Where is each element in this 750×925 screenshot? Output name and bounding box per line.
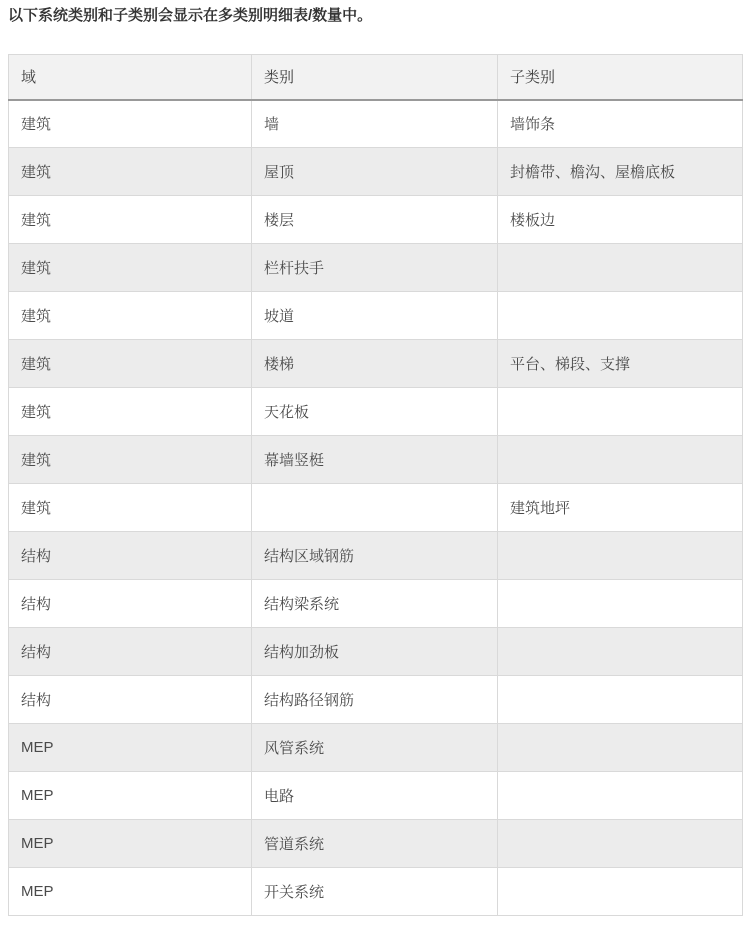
domain-cell: 结构 — [9, 676, 252, 724]
intro-text: 以下系统类别和子类别会显示在多类别明细表/数量中。 — [8, 7, 742, 25]
category-cell: 栏杆扶手 — [252, 244, 498, 292]
subcategory-cell: 楼板边 — [498, 196, 743, 244]
table-row: 建筑楼梯平台、梯段、支撑 — [9, 340, 743, 388]
domain-cell: MEP — [9, 868, 252, 916]
domain-cell: 建筑 — [9, 436, 252, 484]
table-row: 建筑天花板 — [9, 388, 743, 436]
domain-cell: 建筑 — [9, 388, 252, 436]
subcategory-cell — [498, 628, 743, 676]
table-body: 建筑墙墙饰条建筑屋顶封檐带、檐沟、屋檐底板建筑楼层楼板边建筑栏杆扶手建筑坡道建筑… — [9, 100, 743, 916]
subcategory-cell — [498, 292, 743, 340]
domain-cell: MEP — [9, 772, 252, 820]
category-cell: 电路 — [252, 772, 498, 820]
category-cell: 屋顶 — [252, 148, 498, 196]
subcategory-cell — [498, 772, 743, 820]
table-row: 建筑楼层楼板边 — [9, 196, 743, 244]
subcategory-cell — [498, 244, 743, 292]
category-cell: 风管系统 — [252, 724, 498, 772]
domain-cell: 建筑 — [9, 196, 252, 244]
domain-cell: 建筑 — [9, 148, 252, 196]
subcategory-cell — [498, 436, 743, 484]
table-row: 结构结构梁系统 — [9, 580, 743, 628]
subcategory-cell: 平台、梯段、支撑 — [498, 340, 743, 388]
domain-cell: 建筑 — [9, 484, 252, 532]
subcategory-cell — [498, 676, 743, 724]
category-cell: 坡道 — [252, 292, 498, 340]
table-row: 结构结构加劲板 — [9, 628, 743, 676]
table-row: 建筑栏杆扶手 — [9, 244, 743, 292]
table-row: 建筑屋顶封檐带、檐沟、屋檐底板 — [9, 148, 743, 196]
table-row: MEP开关系统 — [9, 868, 743, 916]
subcategory-cell — [498, 532, 743, 580]
category-cell: 天花板 — [252, 388, 498, 436]
category-cell: 楼梯 — [252, 340, 498, 388]
subcategory-cell — [498, 868, 743, 916]
column-header-category: 类别 — [252, 55, 498, 100]
domain-cell: 建筑 — [9, 292, 252, 340]
table-header: 域 类别 子类别 — [9, 55, 743, 100]
subcategory-cell: 建筑地坪 — [498, 484, 743, 532]
column-header-domain: 域 — [9, 55, 252, 100]
domain-cell: 建筑 — [9, 244, 252, 292]
table-row: 结构结构路径钢筋 — [9, 676, 743, 724]
domain-cell: 建筑 — [9, 100, 252, 148]
domain-cell: 建筑 — [9, 340, 252, 388]
category-cell: 开关系统 — [252, 868, 498, 916]
category-cell: 楼层 — [252, 196, 498, 244]
subcategory-cell — [498, 388, 743, 436]
category-cell: 结构加劲板 — [252, 628, 498, 676]
subcategory-cell: 封檐带、檐沟、屋檐底板 — [498, 148, 743, 196]
domain-cell: MEP — [9, 724, 252, 772]
table-row: 建筑建筑地坪 — [9, 484, 743, 532]
table-row: 结构结构区域钢筋 — [9, 532, 743, 580]
subcategory-cell — [498, 820, 743, 868]
category-cell — [252, 484, 498, 532]
table-row: MEP风管系统 — [9, 724, 743, 772]
category-cell: 管道系统 — [252, 820, 498, 868]
category-cell: 结构路径钢筋 — [252, 676, 498, 724]
domain-cell: MEP — [9, 820, 252, 868]
page: 以下系统类别和子类别会显示在多类别明细表/数量中。 域 类别 子类别 建筑墙墙饰… — [0, 0, 750, 925]
domain-cell: 结构 — [9, 628, 252, 676]
table-row: 建筑墙墙饰条 — [9, 100, 743, 148]
subcategory-cell — [498, 580, 743, 628]
table-row: 建筑坡道 — [9, 292, 743, 340]
table-row: 建筑幕墙竖梃 — [9, 436, 743, 484]
category-cell: 幕墙竖梃 — [252, 436, 498, 484]
table-row: MEP电路 — [9, 772, 743, 820]
table-header-row: 域 类别 子类别 — [9, 55, 743, 100]
domain-cell: 结构 — [9, 580, 252, 628]
column-header-subcategory: 子类别 — [498, 55, 743, 100]
category-cell: 结构梁系统 — [252, 580, 498, 628]
category-table: 域 类别 子类别 建筑墙墙饰条建筑屋顶封檐带、檐沟、屋檐底板建筑楼层楼板边建筑栏… — [8, 54, 743, 916]
subcategory-cell: 墙饰条 — [498, 100, 743, 148]
category-cell: 墙 — [252, 100, 498, 148]
domain-cell: 结构 — [9, 532, 252, 580]
category-cell: 结构区域钢筋 — [252, 532, 498, 580]
subcategory-cell — [498, 724, 743, 772]
table-row: MEP管道系统 — [9, 820, 743, 868]
